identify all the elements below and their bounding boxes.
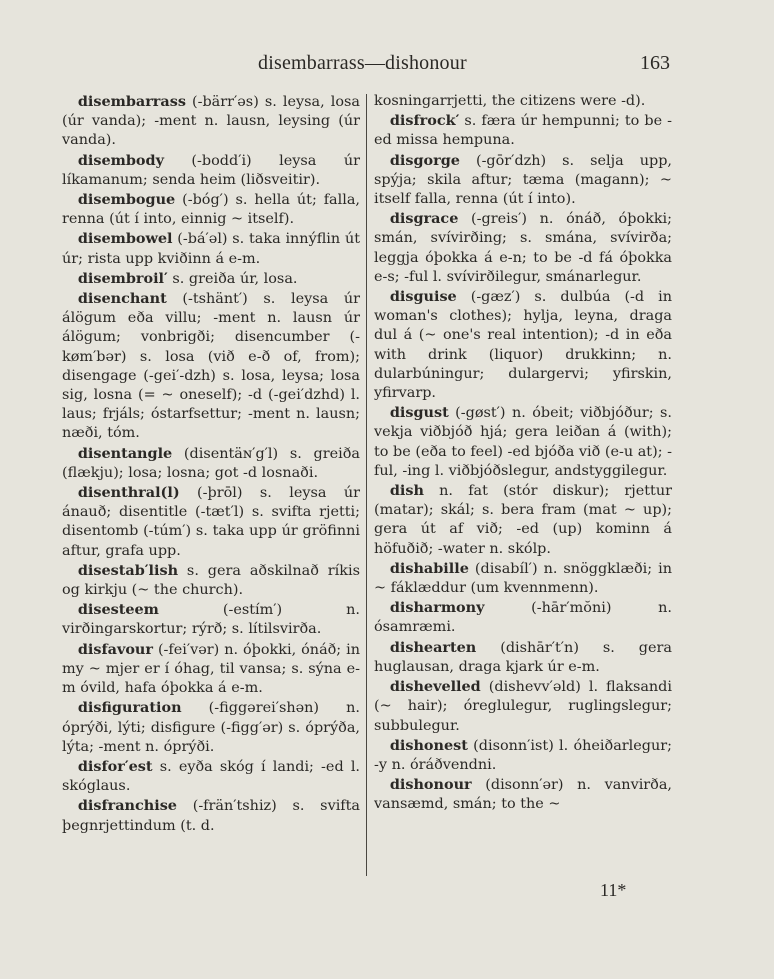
dictionary-entry: disembarrass (-bärr′əs) s. leysa, losa (… bbox=[62, 92, 360, 151]
headword: dishonest bbox=[390, 737, 468, 754]
headword: disgust bbox=[390, 404, 449, 421]
headword: disfrock′ bbox=[390, 112, 460, 129]
right-column: kosningarrjetti, the citizens were -d).d… bbox=[374, 92, 672, 815]
dictionary-entry: disfranchise (-frän′tshiz) s. svifta þeg… bbox=[62, 796, 360, 835]
running-head: disembarrass—dishonour bbox=[258, 52, 467, 75]
dictionary-entry: disguise (-gæz′) s. dulbúa (-d in woman'… bbox=[374, 287, 672, 403]
definition: s. greiða úr, losa. bbox=[168, 271, 298, 287]
headword: disguise bbox=[390, 288, 457, 305]
dictionary-entry: dishearten (dishār′t′n) s. gera huglausa… bbox=[374, 638, 672, 677]
dictionary-entry: disgorge (-gōr′dzh) s. selja upp, spýja;… bbox=[374, 151, 672, 210]
dictionary-entry: disfrock′ s. færa úr hempunni; to be -ed… bbox=[374, 111, 672, 150]
dictionary-entry: dishonour (disonn′ər) n. vanvirða, vansæ… bbox=[374, 775, 672, 814]
column-divider bbox=[366, 94, 367, 876]
dictionary-entry: disembowel (-bá′əl) s. taka innýflin út … bbox=[62, 229, 360, 268]
dictionary-entry: disgust (-gøst′) n. óbeit; viðbjóður; s.… bbox=[374, 403, 672, 481]
headword: disentangle bbox=[78, 445, 172, 462]
headword: disesteem bbox=[78, 601, 159, 618]
dictionary-entry: disentangle (disentäɴ′g′l) s. greiða (fl… bbox=[62, 444, 360, 483]
headword: disgorge bbox=[390, 152, 460, 169]
page-number: 163 bbox=[640, 52, 670, 75]
headword: disgrace bbox=[390, 210, 459, 227]
dictionary-entry: disembody (-bodd′i) leysa úr líkamanum; … bbox=[62, 151, 360, 190]
dictionary-entry: disembogue (-bóg′) s. hella út; falla, r… bbox=[62, 190, 360, 229]
dictionary-entry: disfor′est s. eyða skóg í landi; -ed l. … bbox=[62, 757, 360, 796]
headword: disfavour bbox=[78, 641, 153, 658]
headword: dishabille bbox=[390, 560, 469, 577]
dictionary-entry: disfiguration (-figgərei′shən) n. óprýði… bbox=[62, 698, 360, 757]
dictionary-entry: disgrace (-greis′) n. ónáð, óþokki; smán… bbox=[374, 209, 672, 287]
headword: disembarrass bbox=[78, 93, 186, 110]
dictionary-entry: disharmony (-hār′mŏni) n. ósamræmi. bbox=[374, 598, 672, 637]
headword: disfor′est bbox=[78, 758, 153, 775]
headword: disestab′lish bbox=[78, 562, 178, 579]
headword: disembody bbox=[78, 152, 164, 169]
dictionary-entry: disenthral(l) (-þrōl) s. leysa úr ánauð;… bbox=[62, 483, 360, 561]
headword: disembogue bbox=[78, 191, 175, 208]
headword: dishonour bbox=[390, 776, 472, 793]
dictionary-entry: disembroil′ s. greiða úr, losa. bbox=[62, 269, 360, 289]
headword: dish bbox=[390, 482, 424, 499]
headword: disfiguration bbox=[78, 699, 182, 716]
definition: (-tshänt′) s. leysa úr álögum eða villu;… bbox=[62, 291, 360, 441]
headword: disenthral(l) bbox=[78, 484, 180, 501]
definition: (-gæz′) s. dulbúa (-d in woman's clothes… bbox=[374, 289, 672, 401]
headword: disembroil′ bbox=[78, 270, 168, 287]
dictionary-entry: dishabille (disabíl′) n. snöggklæði; in … bbox=[374, 559, 672, 598]
headword: disembowel bbox=[78, 230, 173, 247]
page-header: disembarrass—dishonour 163 bbox=[0, 52, 774, 82]
dictionary-entry: disestab′lish s. gera aðskilnað ríkis og… bbox=[62, 561, 360, 600]
definition: kosningarrjetti, the citizens were -d). bbox=[374, 93, 645, 109]
dictionary-entry: dish n. fat (stór diskur); rjettur (mata… bbox=[374, 481, 672, 559]
headword: dishevelled bbox=[390, 678, 481, 695]
signature-mark: 11* bbox=[600, 880, 626, 901]
dictionary-entry: dishevelled (dishevv′əld) l. flaksandi (… bbox=[374, 677, 672, 736]
dictionary-entry: disenchant (-tshänt′) s. leysa úr álögum… bbox=[62, 289, 360, 444]
dictionary-entry: kosningarrjetti, the citizens were -d). bbox=[374, 92, 672, 111]
headword: dishearten bbox=[390, 639, 476, 656]
dictionary-entry: dishonest (disonn′ist) l. óheiðarlegur; … bbox=[374, 736, 672, 775]
dictionary-entry: disesteem (-estím′) n. virðingarskortur;… bbox=[62, 600, 360, 639]
headword: disfranchise bbox=[78, 797, 177, 814]
headword: disharmony bbox=[390, 599, 485, 616]
dictionary-entry: disfavour (-fei′vər) n. óþokki, ónáð; in… bbox=[62, 640, 360, 699]
headword: disenchant bbox=[78, 290, 167, 307]
left-column: disembarrass (-bärr′əs) s. leysa, losa (… bbox=[62, 92, 360, 836]
